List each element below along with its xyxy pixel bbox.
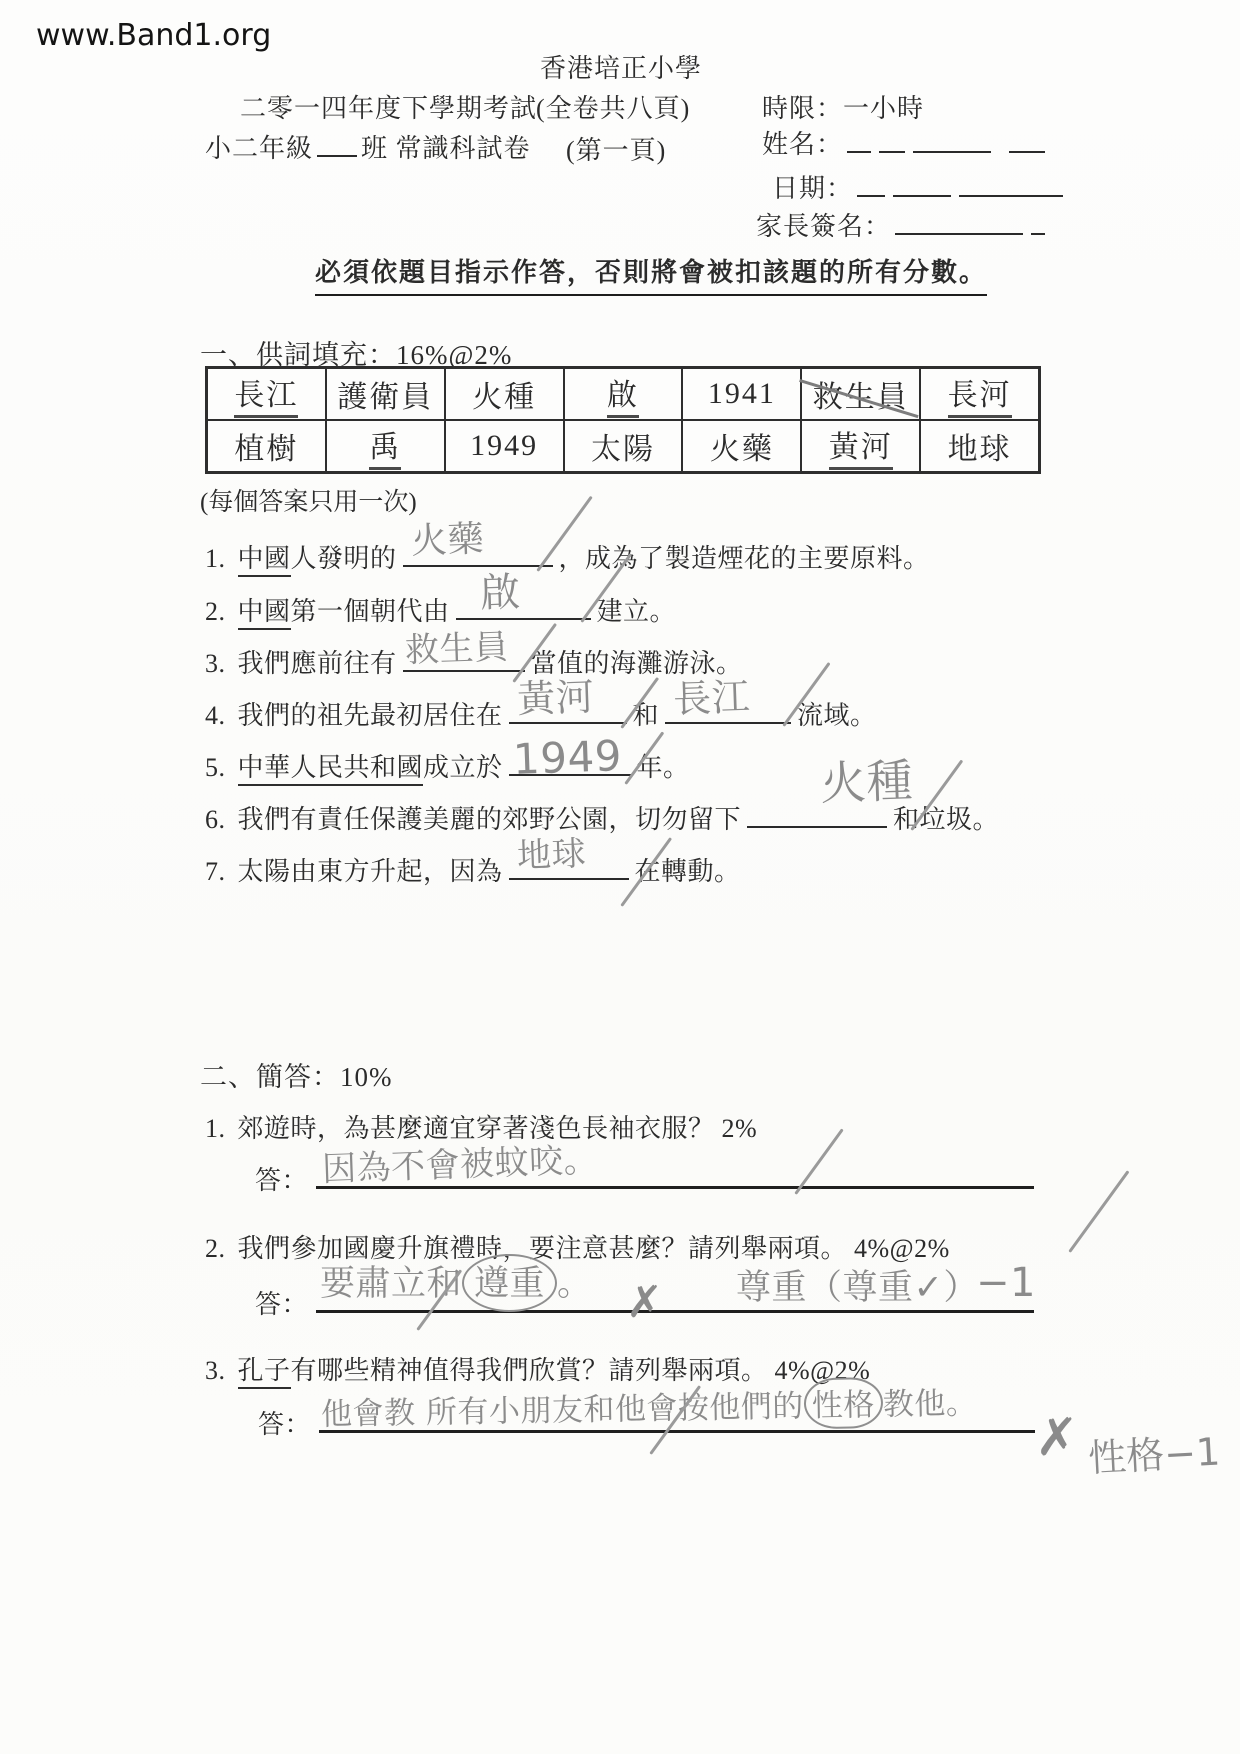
answer-blank: 火藥: [403, 535, 553, 567]
word-bank-cell: 救生員: [801, 368, 920, 420]
subject-label: 班 常識科試卷: [361, 134, 531, 163]
handwritten-answer: 因為不會被蚊咬。: [321, 1132, 599, 1191]
word: 火藥: [710, 424, 774, 468]
parent-sign-line: 家長簽名：: [756, 206, 1049, 243]
check-mark: ✓: [914, 1268, 944, 1308]
correction-text: ）: [943, 1268, 979, 1308]
word: 植樹: [234, 424, 298, 468]
handwritten-answer: 火藥: [410, 511, 485, 565]
grade-label: 小二年級: [205, 134, 313, 163]
tick-mark: [794, 1128, 843, 1194]
question-number: 6.: [205, 805, 226, 835]
deduction-mark: −1: [976, 1260, 1036, 1306]
name-line: 姓名：: [762, 124, 1049, 161]
cross-mark: ✗: [626, 1277, 663, 1328]
word-bank-cell: 地球: [920, 420, 1039, 472]
date-blank: [857, 175, 885, 197]
watermark: www.Band1.org: [36, 18, 271, 53]
name-blank: [913, 131, 991, 153]
word-bank-note: (每個答案只用一次): [200, 482, 417, 518]
circled-word: 遵重: [462, 1254, 557, 1312]
exam-paper-page: www.Band1.org 香港培正小學 二零一四年度下學期考試 (全卷共八頁)…: [0, 0, 1240, 1754]
date-blank: [959, 175, 1063, 197]
exam-notice: 必須依題目指示作答，否則將會被扣該題的所有分數。: [315, 252, 987, 296]
s1-question-5: 5.中華人民共和國成立於 1949 年。: [205, 744, 690, 784]
word: 1941: [708, 377, 776, 411]
question-text: 流域。: [797, 701, 877, 730]
question-text: 孔子: [238, 1356, 291, 1389]
answer-blank: 地球: [509, 848, 629, 880]
question-number: 5.: [205, 753, 226, 783]
answer-blank: 啟: [456, 588, 591, 620]
word: 地球: [948, 424, 1012, 468]
parent-sign-label: 家長簽名：: [756, 212, 891, 241]
answer-label: 答：: [258, 1410, 311, 1439]
word-bank-cell: 黃河: [801, 420, 920, 472]
name-label: 姓名：: [762, 130, 843, 159]
answer-blank: 黃河: [509, 692, 627, 724]
question-number: 2.: [205, 1234, 226, 1264]
word: 1949: [470, 429, 538, 463]
word: 護衛員: [337, 372, 433, 416]
word-bank-cell: 植樹: [207, 420, 326, 472]
date-blank: [893, 175, 951, 197]
page-number-note: (第一頁): [566, 130, 666, 167]
question-text: 中華人民共和國: [238, 753, 424, 786]
word-bank-cell: 火種: [445, 368, 564, 420]
answer-blank: 1949: [509, 744, 631, 776]
school-name: 香港培正小學: [540, 48, 702, 85]
handwritten-answer: 要肅立和遵重。: [320, 1254, 593, 1312]
teacher-correction: 尊重（尊重✓）: [736, 1260, 979, 1310]
handwritten-answer: 他會教 所有小朋友和他會按他們的性格教他。: [321, 1375, 978, 1437]
answer-blank: 火種: [747, 796, 887, 828]
answer-line: 要肅立和遵重。 ✗ 尊重（尊重✓） −1: [316, 1272, 1034, 1313]
s2-answer-2: 答： 要肅立和遵重。 ✗ 尊重（尊重✓） −1: [255, 1272, 1034, 1321]
question-number: 3.: [205, 649, 226, 679]
cross-mark: ✗: [1035, 1408, 1079, 1468]
s2-answer-1: 答： 因為不會被蚊咬。: [255, 1148, 1034, 1197]
question-number: 3.: [205, 1356, 226, 1386]
exam-title: 二零一四年度下學期考試: [240, 88, 537, 125]
section2-title: 二、簡答：10%: [200, 1055, 393, 1094]
word: 黃河: [829, 422, 893, 470]
name-blank: [1009, 131, 1045, 153]
question-number: 7.: [205, 857, 226, 887]
word-bank-cell: 1941: [682, 368, 801, 420]
handwritten-answer: 火種: [819, 744, 914, 813]
circled-word: 性格: [803, 1377, 883, 1429]
pages-note: (全卷共八頁): [536, 88, 690, 125]
question-text: 太陽由東方升起，因為: [238, 857, 503, 886]
handwritten-answer: 啟: [479, 560, 521, 618]
date-line: 日期：: [772, 168, 1067, 205]
s2-answer-3: 答： 他會教 所有小朋友和他會按他們的性格教他。: [258, 1392, 1035, 1441]
answer-text: 。: [557, 1264, 593, 1304]
sign-blank: [895, 213, 1023, 235]
question-text: 中國: [238, 597, 291, 630]
sign-blank: [1031, 213, 1045, 235]
word: 長江: [234, 370, 298, 418]
word-bank-cell: 長河: [920, 368, 1039, 420]
s1-question-3: 3.我們應前往有 救生員 當值的海灘游泳。: [205, 640, 743, 680]
question-text: 建立。: [597, 597, 677, 626]
question-text: 中國: [238, 544, 291, 577]
word-bank-cell: 長江: [207, 368, 326, 420]
question-number: 2.: [205, 597, 226, 627]
question-text: 我們應前往有: [238, 649, 397, 678]
name-blank: [879, 131, 905, 153]
handwritten-answer: 黃河: [516, 666, 595, 724]
word-bank-cell: 啟: [564, 368, 683, 420]
question-number: 1.: [205, 544, 226, 574]
handwritten-answer: 1949: [512, 731, 623, 784]
time-limit: 時限：一小時: [762, 88, 924, 125]
handwritten-answer: 地球: [516, 826, 587, 877]
word-bank-cell: 1949: [445, 420, 564, 472]
s1-question-7: 7.太陽由東方升起，因為 地球 在轉動。: [205, 848, 741, 888]
correction-text: 尊重（尊重: [736, 1268, 914, 1308]
answer-line: 他會教 所有小朋友和他會按他們的性格教他。: [319, 1392, 1035, 1433]
question-text: ，成為了製造煙花的主要原料。: [559, 544, 930, 573]
word: 太陽: [591, 424, 655, 468]
s1-question-6: 6.我們有責任保護美麗的郊野公園，切勿留下 火種 和垃圾。: [205, 796, 999, 836]
class-line: 小二年級班 常識科試卷: [205, 128, 531, 165]
teacher-deduction-note: 性格−1: [1087, 1421, 1222, 1483]
question-number: 4.: [205, 701, 226, 731]
question-text: 人發明的: [291, 544, 397, 573]
word: 火種: [472, 372, 536, 416]
tick-mark: [1068, 1170, 1129, 1253]
s1-question-1: 1.中國人發明的 火藥 ，成為了製造煙花的主要原料。: [205, 535, 930, 575]
class-blank: [317, 135, 357, 157]
word: 長河: [948, 370, 1012, 418]
answer-line: 因為不會被蚊咬。: [316, 1148, 1034, 1189]
answer-text: 教他。: [883, 1385, 978, 1423]
answer-label: 答：: [255, 1166, 308, 1195]
word-bank-table: 長江 護衛員 火種 啟 1941 救生員 長河 植樹 禹 1949 太陽 火藥 …: [205, 366, 1041, 474]
answer-blank: 長江: [665, 692, 791, 724]
question-number: 1.: [205, 1114, 226, 1144]
word-bank-cell: 火藥: [682, 420, 801, 472]
word-bank-cell: 太陽: [564, 420, 683, 472]
word-bank-cell: 禹: [326, 420, 445, 472]
word-bank-cell: 護衛員: [326, 368, 445, 420]
question-text: 成立於: [423, 753, 503, 782]
answer-text: 他會教 所有小朋友和他會按他們的: [321, 1388, 804, 1432]
s1-question-4: 4.我們的祖先最初居住在 黃河 和 長江 流域。: [205, 692, 877, 732]
answer-blank: 救生員: [403, 640, 525, 672]
answer-label: 答：: [255, 1290, 308, 1319]
name-blank: [847, 131, 871, 153]
handwritten-answer: 長江: [672, 666, 751, 724]
question-text: 我們的祖先最初居住在: [238, 701, 503, 730]
handwritten-answer: 救生員: [404, 619, 509, 672]
question-text: 我們有責任保護美麗的郊野公園，切勿留下: [238, 805, 742, 834]
word: 禹: [369, 422, 401, 470]
word: 啟: [607, 370, 639, 418]
date-label: 日期：: [772, 174, 853, 203]
